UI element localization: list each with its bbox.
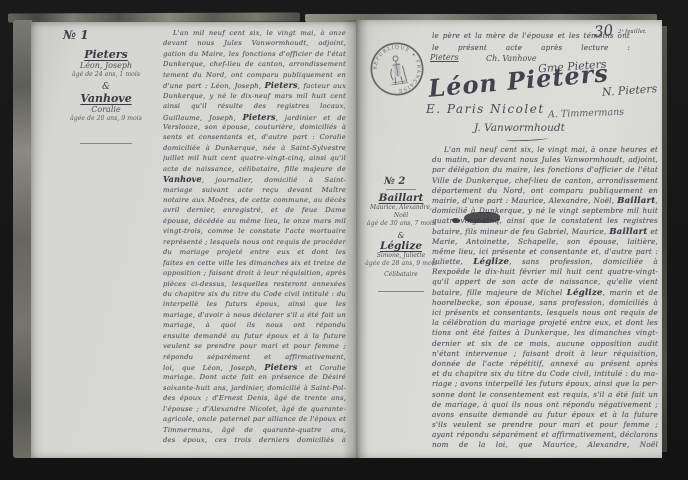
- act2-groom-age: âgé de 30 ans, 7 mois: [362, 220, 440, 228]
- register-page-left: № 1 Pieters Léon, Joseph âgé de 24 ans, …: [31, 22, 356, 458]
- register-scan-background: № 1 Pieters Léon, Joseph âgé de 24 ans, …: [0, 0, 688, 480]
- manuscript-line: ici présents et consentants, lesquels no…: [432, 308, 658, 318]
- manuscript-line: L'an mil neuf cent six, le vingt mai, à …: [163, 28, 346, 38]
- ink-blot: [464, 212, 500, 223]
- manuscript-line: sents et consentants et, d'autre part : …: [163, 132, 346, 142]
- manuscript-line: du chapitre six du titre du Code civil i…: [163, 289, 346, 299]
- manuscript-line: représenté ; lesquels nous ont requis de…: [163, 237, 346, 247]
- act2-groom-surname: Baillart: [362, 192, 440, 204]
- manuscript-line: nom de la loi, que Maurice, Alexandre, N…: [432, 440, 658, 450]
- act1-margin-note: № 1 Pieters Léon, Joseph âgé de 24 ans, …: [53, 28, 159, 144]
- manuscript-line: loi, que Léon, Joseph, Pieters et Corali…: [163, 362, 346, 372]
- manuscript-line: sonne dont le consentement est requis, s…: [432, 390, 658, 400]
- manuscript-line: l'épouse ; d'Alexandre Nicolet, âgé de q…: [163, 404, 346, 414]
- manuscript-line: Rexpoëde le dix-huit février mil huit ce…: [432, 267, 658, 277]
- manuscript-line: le père et la mère de l'épouse et les té…: [432, 30, 630, 42]
- manuscript-line: faites en cette ville les dimanches six …: [163, 258, 346, 268]
- page-stack-top-edge-left: [8, 12, 300, 22]
- manuscript-line: le présent acte après lecture :: [432, 42, 630, 54]
- manuscript-line: opposition ; faisant droit à leur réquis…: [163, 268, 346, 278]
- act2-bride-age: âgée de 28 ans, 9 mois: [362, 260, 440, 268]
- margin-divider: [80, 143, 132, 144]
- signature-witness-nicolet: E. Paris Nicolet: [426, 102, 545, 116]
- manuscript-line: Timmermans, âgé de quarante-quatre ans, …: [163, 425, 346, 435]
- ampersand-mark: &: [53, 82, 159, 92]
- act2-groom-given-names: Maurice, Alexandre, Noël: [362, 204, 440, 220]
- manuscript-line: mairie, d'une part : Maurice, Alexandre,…: [432, 196, 658, 206]
- book-spine-edge: [13, 20, 32, 458]
- stamp-marianne-figure: [388, 55, 409, 86]
- manuscript-line: juillet mil huit cent quatre-vingt-cinq,…: [163, 153, 346, 163]
- manuscript-line: mariage, à quoi ils nous ont répondu nég…: [163, 320, 346, 330]
- act2-body-text: L'an mil neuf cent six, le vingt mai, à …: [432, 145, 658, 451]
- manuscript-line: Ville de Dunkerque, chef-lieu de canton,…: [432, 176, 658, 186]
- manuscript-line: L'an mil neuf cent six, le vingt mai, à …: [432, 145, 658, 155]
- act1-closing-text: le père et la mère de l'épouse et les té…: [432, 30, 630, 54]
- manuscript-line: dernier et six de ce mois, aucune opposi…: [432, 339, 658, 349]
- republique-francaise-stamp: RÉPUBLIQUE ✶ FRANÇAISE: [364, 36, 430, 102]
- register-page-right: 30 2ᵉ feuillet. le père et la mère de l'…: [356, 20, 662, 458]
- page-right-edge-sliver: [662, 26, 667, 452]
- manuscript-line: pièces ci-dessus, lesquelles resteront a…: [163, 279, 346, 289]
- manuscript-line: domiciliée à Dunkerque, née à Saint-Sylv…: [163, 143, 346, 153]
- signature-officer-vanwormhoudt: J. Vanwormhoudt: [474, 122, 565, 134]
- manuscript-line: ensuite demandé au futur époux et à la f…: [163, 331, 346, 341]
- act2-number: № 2: [362, 176, 440, 188]
- manuscript-line: répondu séparément et affirmativement, d…: [163, 352, 346, 362]
- manuscript-line: département du Nord, ont comparu publiqu…: [432, 186, 658, 196]
- manuscript-line: riage ; avons interpellé les futurs épou…: [432, 379, 658, 389]
- manuscript-line: du mariage projeté entre eux et dont les…: [163, 247, 346, 257]
- manuscript-line: Guillaume, Joseph, Pieters, jardinier et…: [163, 112, 346, 122]
- act2-bride-note: Célibataire: [362, 271, 440, 279]
- manuscript-line: avons ensuite demandé au futur époux et …: [432, 410, 658, 420]
- act1-bride-age: âgée de 20 ans, 9 mois: [53, 115, 159, 123]
- manuscript-line: Marie, Antoinette, Schapelle, son épouse…: [432, 237, 658, 247]
- manuscript-line: acte de naissance, célibataire, fille ma…: [163, 164, 346, 174]
- act1-groom-age: âgé de 24 ans, 1 mois: [53, 71, 159, 79]
- act2-bride-given-names: Simone, Juliette: [362, 252, 440, 260]
- manuscript-line: soixante-huit ans, jardinier, domicilié …: [163, 383, 346, 393]
- act1-bride-given-names: Coralie: [53, 105, 159, 115]
- manuscript-line: ayant répondu séparément et affirmativem…: [432, 430, 658, 440]
- manuscript-line: ainsi qu'il résulte des registres locaux…: [163, 101, 346, 111]
- act1-body-text: L'an mil neuf cent six, le vingt mai, à …: [163, 28, 346, 446]
- manuscript-line: veulent se prendre pour mari et pour fem…: [163, 341, 346, 351]
- manuscript-line: gation du Maire, les fonctions d'officie…: [163, 49, 346, 59]
- signature-vanhove: Ch. Vanhove: [486, 54, 537, 63]
- manuscript-line: et du chapitre six du titre du Code civi…: [432, 369, 658, 379]
- manuscript-line: hoorelbecke, son épouse, sans profession…: [432, 298, 658, 308]
- ampersand-mark: &: [362, 231, 440, 240]
- margin-divider-small: [386, 189, 416, 190]
- manuscript-line: par délégation du maire, les fonctions d…: [432, 165, 658, 175]
- margin-divider: [378, 291, 424, 292]
- manuscript-line: tions ont été faites à Dunkerque, les di…: [432, 328, 658, 338]
- manuscript-line: bataire, fils mineur de feu Gabriel, Mau…: [432, 227, 658, 237]
- signature-pieters-small: Pieters: [430, 53, 459, 62]
- act2-margin-note: № 2 Baillart Maurice, Alexandre, Noël âg…: [362, 176, 440, 292]
- signature-witness-pieters: N. Pieters: [602, 82, 658, 99]
- manuscript-line: vingt-trois, comme le constate l'acte mo…: [163, 226, 346, 236]
- manuscript-line: donnée de l'acte répétitif, annexé au pr…: [432, 359, 658, 369]
- act1-groom-surname: Pieters: [53, 48, 159, 61]
- manuscript-line: Vanhove, journalier, domicilié à Saint-S…: [163, 174, 346, 184]
- manuscript-line: agricole, oncle paternel par alliance de…: [163, 414, 346, 424]
- manuscript-line: Dunkerque, chef-lieu de canton, arrondis…: [163, 59, 346, 69]
- manuscript-line: des époux, ces trois derniers domiciliés…: [163, 435, 346, 445]
- manuscript-line: mariage. Dont acte fait en présence de D…: [163, 372, 346, 382]
- manuscript-line: tement du Nord, ont comparu publiquement…: [163, 70, 346, 80]
- manuscript-line: notaire aux Moëres, de cette commune, au…: [163, 195, 346, 205]
- manuscript-line: du matin, par devant nous Jules Vanwormh…: [432, 155, 658, 165]
- manuscript-line: qu'il appert de son acte de naissance, q…: [432, 277, 658, 287]
- manuscript-line: épouse, décédée au même lieu, le onze ma…: [163, 216, 346, 226]
- manuscript-line: interpellé les futurs époux, ainsi que l…: [163, 299, 346, 309]
- ink-blot-small: [452, 218, 460, 223]
- act1-bride-surname: Vanhove: [53, 92, 159, 105]
- manuscript-line: Verslooze, son épouse, couturière, domic…: [163, 122, 346, 132]
- signature-flourish: [506, 136, 548, 141]
- manuscript-line: même lieu, ici présente et consentante e…: [432, 247, 658, 257]
- manuscript-line: s'ils veulent se prendre pour mari et po…: [432, 420, 658, 430]
- manuscript-line: devant nous Jules Vanwormhoudt, adjoint,…: [163, 38, 346, 48]
- act1-number: № 1: [53, 28, 159, 42]
- manuscript-line: mariage, d'avoir à nous déclarer s'il a …: [163, 310, 346, 320]
- act1-groom-given-names: Léon, Joseph: [53, 61, 159, 71]
- manuscript-line: Juliette, Léglize, sans profession, domi…: [432, 257, 658, 267]
- manuscript-line: de mariage, à quoi ils nous ont répondu …: [432, 400, 658, 410]
- manuscript-line: la célébration du mariage projeté entre …: [432, 318, 658, 328]
- signature-groom-large: Léon Pieters: [427, 58, 610, 103]
- manuscript-line: des époux ; d'Ernest Denis, âgé de trent…: [163, 393, 346, 403]
- manuscript-line: d'une part : Léon, Joseph, Pieters, fact…: [163, 80, 346, 90]
- manuscript-line: Dunkerque, y né le dix-neuf mars mil hui…: [163, 91, 346, 101]
- manuscript-line: avril dernier, enregistré, et de feue Da…: [163, 205, 346, 215]
- manuscript-line: n'étant intervenue ; faisant droit à leu…: [432, 349, 658, 359]
- manuscript-line: bataire, fille majeure de Michel Léglize…: [432, 288, 658, 298]
- manuscript-line: mariage suivant acte reçu devant Maître …: [163, 185, 346, 195]
- signature-witness-timmermans: A. Timmermans: [548, 107, 624, 121]
- act2-bride-surname: Léglize: [362, 240, 440, 252]
